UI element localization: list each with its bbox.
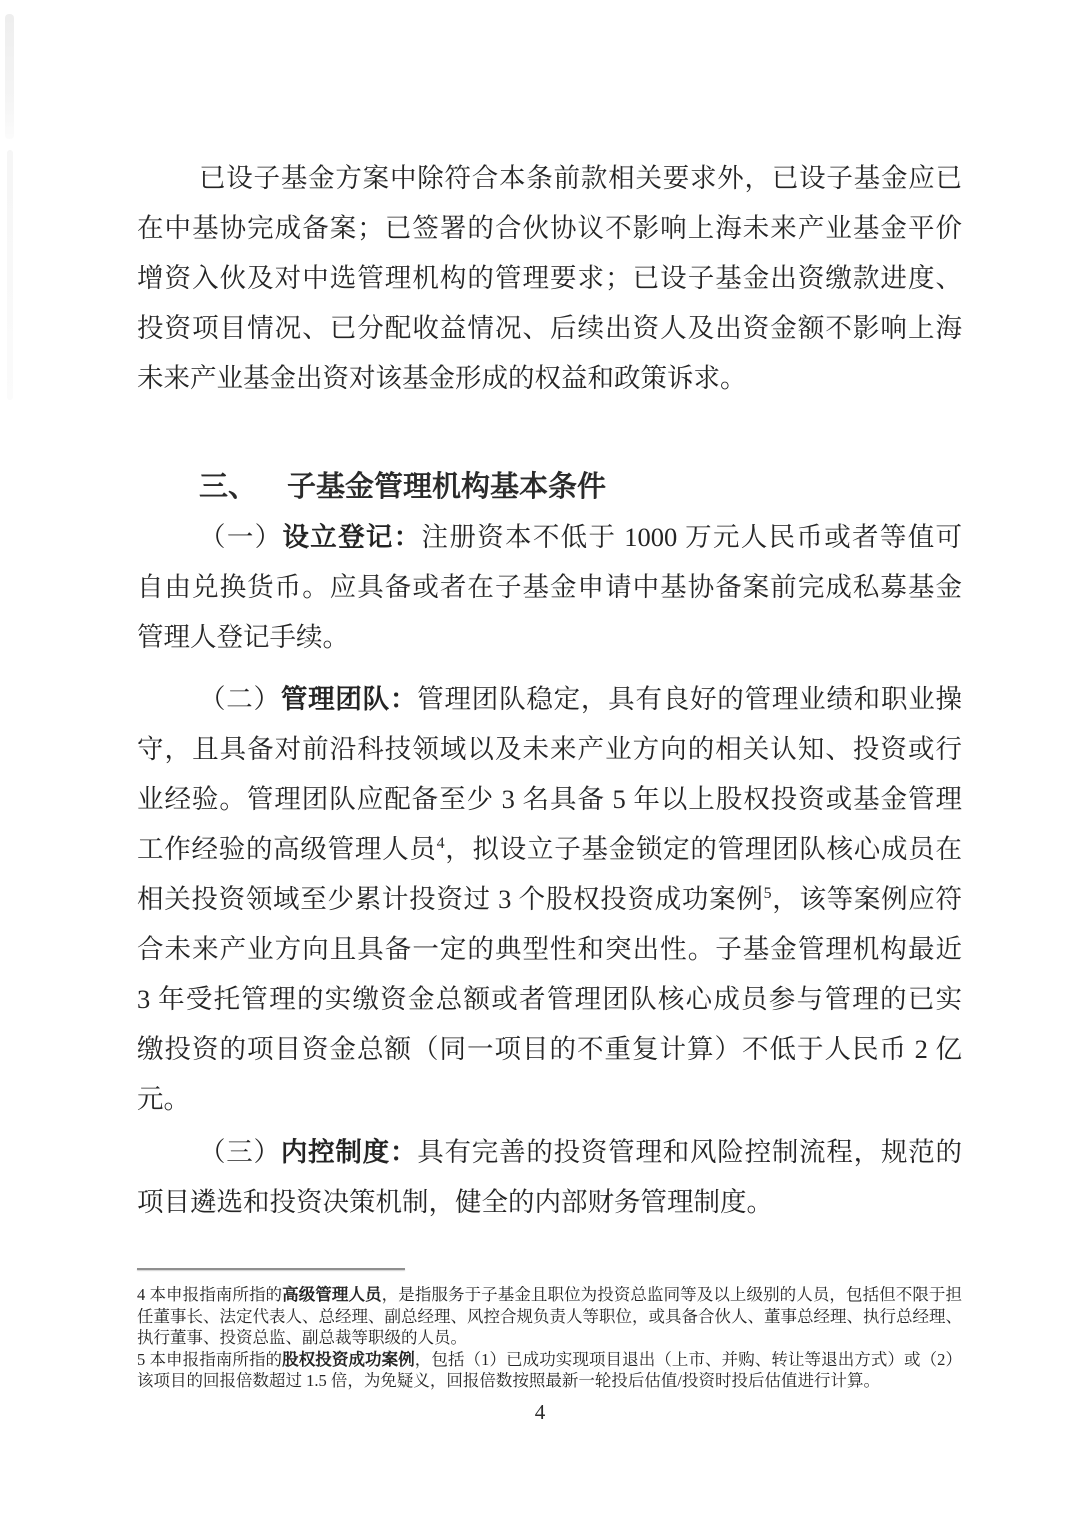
text-line: 投资项目情况、已分配收益情况、后续出资人及出资金额不影响上海 — [137, 303, 962, 353]
text-run: 具有完善的投资管理和风险控制流程，规范的 — [417, 1137, 962, 1167]
text-line: （一）设立登记：注册资本不低于 1000 万元人民币或者等值可 — [137, 512, 962, 562]
text-line: 工作经验的高级管理人员4，拟设立子基金锁定的管理团队核心成员在 — [137, 824, 962, 874]
footnote-5-line: 该项目的回报倍数超过 1.5 倍，为免疑义，回报倍数按照最新一轮投后估值/投资时… — [137, 1370, 962, 1392]
text-run: 3 年受托管理的实缴资金总额或者管理团队核心成员参与管理的已实 — [137, 984, 962, 1014]
item-label: （三） — [199, 1137, 281, 1167]
text-run: ，拟设立子基金锁定的管理团队核心成员在 — [445, 834, 962, 864]
text-run: 增资入伙及对中选管理机构的管理要求；已设子基金出资缴款进度、 — [137, 263, 962, 293]
text-run: 执行董事、投资总监、副总裁等职级的人员。 — [137, 1328, 467, 1347]
text-line: 守，且具备对前沿科技领域以及未来产业方向的相关认知、投资或行 — [137, 724, 962, 774]
text-run: 缴投资的项目资金总额（同一项目的不重复计算）不低于人民币 2 亿 — [137, 1034, 962, 1064]
text-line: 自由兑换货币。应具备或者在子基金申请中基协备案前完成私募基金 — [137, 562, 962, 612]
item-label: （二） — [199, 684, 281, 714]
footnote-ref-4: 4 — [437, 835, 445, 852]
text-line: 缴投资的项目资金总额（同一项目的不重复计算）不低于人民币 2 亿 — [137, 1024, 962, 1074]
paragraph-existing-subfund-requirements: 已设子基金方案中除符合本条前款相关要求外，已设子基金应已 在中基协完成备案；已签… — [137, 153, 962, 403]
text-run: 投资项目情况、已分配收益情况、后续出资人及出资金额不影响上海 — [137, 313, 962, 343]
text-line: 项目遴选和投资决策机制，健全的内部财务管理制度。 — [137, 1177, 962, 1227]
text-run: 自由兑换货币。应具备或者在子基金申请中基协备案前完成私募基金 — [137, 572, 962, 602]
text-run: 项目遴选和投资决策机制，健全的内部财务管理制度。 — [137, 1187, 773, 1217]
text-run: 工作经验的高级管理人员 — [137, 834, 437, 864]
text-line: 业经验。管理团队应配备至少 3 名具备 5 年以上股权投资或基金管理 — [137, 774, 962, 824]
text-run: ，是指服务于子基金且职位为投资总监同等及以上级别的人员，包括但不限于担 — [382, 1285, 962, 1304]
scan-artifact — [5, 14, 14, 139]
text-line: （三）内控制度：具有完善的投资管理和风险控制流程，规范的 — [137, 1127, 962, 1177]
footnote-separator — [137, 1268, 405, 1270]
text-line: 3 年受托管理的实缴资金总额或者管理团队核心成员参与管理的已实 — [137, 974, 962, 1024]
scan-artifact — [7, 150, 13, 400]
paragraph-item-2-management-team: （二）管理团队：管理团队稳定，具有良好的管理业绩和职业操 守，且具备对前沿科技领… — [137, 674, 962, 1124]
footnotes: 4 本申报指南所指的高级管理人员，是指服务于子基金且职位为投资总监同等及以上级别… — [137, 1284, 962, 1392]
footnote-5-line: 5 本申报指南所指的股权投资成功案例，包括（1）已成功实现项目退出（上市、并购、… — [137, 1349, 962, 1371]
text-run: 已设子基金方案中除符合本条前款相关要求外，已设子基金应已 — [199, 163, 962, 193]
text-line: 管理人登记手续。 — [137, 612, 962, 662]
section-heading-three: 三、子基金管理机构基本条件 — [137, 462, 1024, 512]
text-run: 该项目的回报倍数超过 1.5 倍，为免疑义，回报倍数按照最新一轮投后估值/投资时… — [137, 1371, 880, 1390]
text-line: 合未来产业方向且具备一定的典型性和突出性。子基金管理机构最近 — [137, 924, 962, 974]
text-run: ，包括（1）已成功实现项目退出（上市、并购、转让等退出方式）或（2） — [415, 1350, 962, 1369]
footnote-term: 股权投资成功案例 — [282, 1351, 415, 1369]
footnote-4-line: 执行董事、投资总监、副总裁等职级的人员。 — [137, 1327, 962, 1349]
footnote-4-line: 任董事长、法定代表人、总经理、副总经理、风控合规负责人等职位，或具备合伙人、董事… — [137, 1306, 962, 1328]
text-run: 管理团队稳定，具有良好的管理业绩和职业操 — [417, 684, 962, 714]
text-run: 守，且具备对前沿科技领域以及未来产业方向的相关认知、投资或行 — [137, 734, 962, 764]
text-line: 元。 — [137, 1074, 962, 1124]
text-line: 已设子基金方案中除符合本条前款相关要求外，已设子基金应已 — [137, 153, 962, 203]
text-run: 元。 — [137, 1084, 190, 1114]
text-run: 管理人登记手续。 — [137, 622, 349, 652]
item-term: 管理团队： — [281, 684, 417, 714]
text-line: 在中基协完成备案；已签署的合伙协议不影响上海未来产业基金平价 — [137, 203, 962, 253]
item-term: 内控制度： — [281, 1137, 417, 1167]
text-run: 未来产业基金出资对该基金形成的权益和政策诉求。 — [137, 363, 747, 393]
page-number: 4 — [0, 1400, 1080, 1425]
text-line: 相关投资领域至少累计投资过 3 个股权投资成功案例5，该等案例应符 — [137, 874, 962, 924]
text-run: 相关投资领域至少累计投资过 3 个股权投资成功案例 — [137, 884, 764, 914]
paragraph-item-3-internal-control: （三）内控制度：具有完善的投资管理和风险控制流程，规范的 项目遴选和投资决策机制… — [137, 1127, 962, 1227]
text-run: 注册资本不低于 1000 万元人民币或者等值可 — [422, 522, 962, 552]
text-run: 在中基协完成备案；已签署的合伙协议不影响上海未来产业基金平价 — [137, 213, 962, 243]
footnote-ref-5: 5 — [764, 885, 772, 902]
text-line: 未来产业基金出资对该基金形成的权益和政策诉求。 — [137, 353, 962, 403]
item-label: （一） — [199, 522, 282, 552]
heading-title: 子基金管理机构基本条件 — [287, 471, 606, 503]
text-line: 增资入伙及对中选管理机构的管理要求；已设子基金出资缴款进度、 — [137, 253, 962, 303]
heading-number: 三、 — [199, 471, 257, 503]
text-run: 4 本申报指南所指的 — [137, 1285, 282, 1304]
text-run: 业经验。管理团队应配备至少 3 名具备 5 年以上股权投资或基金管理 — [137, 784, 962, 814]
footnote-4-line: 4 本申报指南所指的高级管理人员，是指服务于子基金且职位为投资总监同等及以上级别… — [137, 1284, 962, 1306]
text-run: 合未来产业方向且具备一定的典型性和突出性。子基金管理机构最近 — [137, 934, 962, 964]
text-run: ，该等案例应符 — [772, 884, 962, 914]
text-run: 5 本申报指南所指的 — [137, 1350, 282, 1369]
footnote-term: 高级管理人员 — [282, 1286, 382, 1304]
item-term: 设立登记： — [282, 522, 421, 552]
text-run: 任董事长、法定代表人、总经理、副总经理、风控合规负责人等职位，或具备合伙人、董事… — [137, 1307, 962, 1326]
document-page: 已设子基金方案中除符合本条前款相关要求外，已设子基金应已 在中基协完成备案；已签… — [0, 0, 1080, 1528]
paragraph-item-1-registration: （一）设立登记：注册资本不低于 1000 万元人民币或者等值可 自由兑换货币。应… — [137, 512, 962, 662]
text-line: （二）管理团队：管理团队稳定，具有良好的管理业绩和职业操 — [137, 674, 962, 724]
